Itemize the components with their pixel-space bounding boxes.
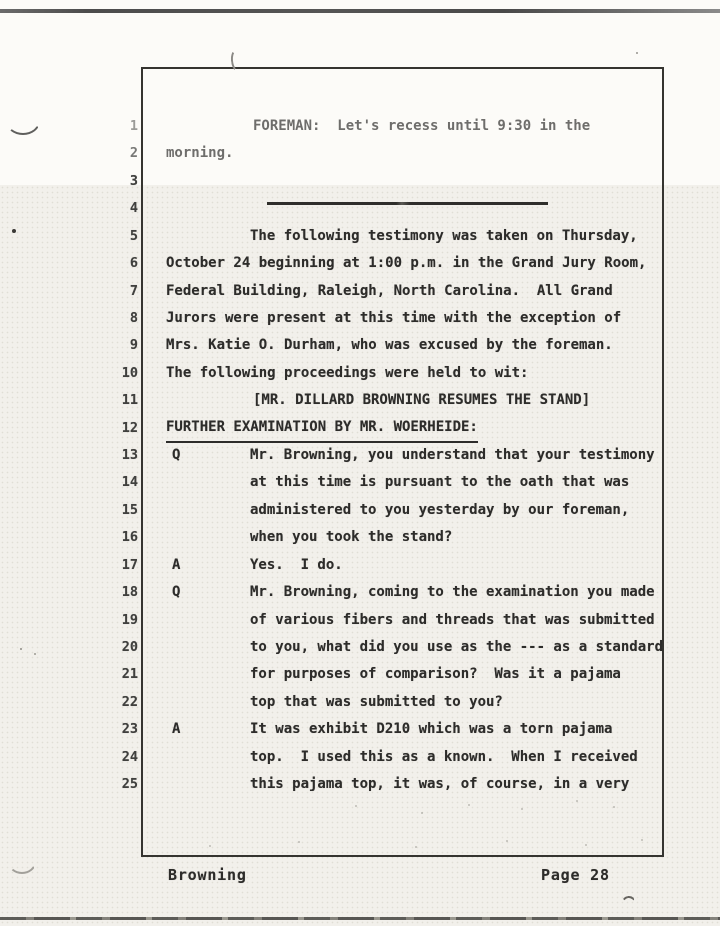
transcript-line: at this time is pursuant to the oath tha…: [250, 469, 629, 496]
transcript-line: top that was submitted to you?: [250, 689, 503, 716]
line-number: 6: [104, 250, 138, 277]
transcript-line: morning.: [166, 140, 233, 167]
line-number: 12: [104, 415, 138, 442]
transcript-line: to you, what did you use as the --- as a…: [250, 634, 663, 661]
transcript-line: It was exhibit D210 which was a torn paj…: [250, 716, 612, 743]
typed-separator-rule: [267, 202, 548, 205]
line-number: 10: [104, 360, 138, 387]
line-number: 5: [104, 223, 138, 250]
line-number: 24: [104, 744, 138, 771]
line-number: 19: [104, 607, 138, 634]
line-number: 3: [104, 168, 138, 195]
speaker-label: A: [172, 552, 180, 579]
line-number: 4: [104, 195, 138, 222]
line-number: 8: [104, 305, 138, 332]
transcript-line: Yes. I do.: [250, 552, 343, 579]
transcript-line: FURTHER EXAMINATION BY MR. WOERHEIDE:: [166, 415, 478, 443]
speaker-label: Q: [172, 579, 180, 606]
footer-page-number: Page 28: [541, 867, 610, 883]
transcript-line: [MR. DILLARD BROWNING RESUMES THE STAND]: [253, 387, 590, 414]
line-number: 7: [104, 278, 138, 305]
line-number: 16: [104, 524, 138, 551]
transcript-line: this pajama top, it was, of course, in a…: [250, 771, 629, 798]
transcript-lines: 1FOREMAN: Let's recess until 9:30 in the…: [0, 0, 720, 926]
line-number: 1: [104, 113, 138, 140]
speaker-label: A: [172, 716, 180, 743]
line-number: 17: [104, 552, 138, 579]
line-number: 11: [104, 387, 138, 414]
transcript-line: administered to you yesterday by our for…: [250, 497, 629, 524]
transcript-line: when you took the stand?: [250, 524, 452, 551]
transcript-line: Federal Building, Raleigh, North Carolin…: [166, 278, 613, 305]
line-number: 25: [104, 771, 138, 798]
line-number: 20: [104, 634, 138, 661]
line-number: 21: [104, 661, 138, 688]
line-number: 23: [104, 716, 138, 743]
line-number: 14: [104, 469, 138, 496]
line-number: 18: [104, 579, 138, 606]
transcript-line: Mrs. Katie O. Durham, who was excused by…: [166, 332, 613, 359]
line-number: 13: [104, 442, 138, 469]
transcript-line: The following proceedings were held to w…: [166, 360, 528, 387]
scanned-transcript-page: 1FOREMAN: Let's recess until 9:30 in the…: [0, 0, 720, 926]
transcript-line: of various fibers and threads that was s…: [250, 607, 655, 634]
transcript-line: Jurors were present at this time with th…: [166, 305, 621, 332]
transcript-line: The following testimony was taken on Thu…: [250, 223, 638, 250]
transcript-line: for purposes of comparison? Was it a paj…: [250, 661, 621, 688]
line-number: 15: [104, 497, 138, 524]
transcript-line: top. I used this as a known. When I rece…: [250, 744, 638, 771]
speaker-label: Q: [172, 442, 180, 469]
transcript-line: FOREMAN: Let's recess until 9:30 in the: [253, 113, 590, 140]
line-number: 9: [104, 332, 138, 359]
footer-witness-name: Browning: [168, 867, 247, 883]
transcript-line: Mr. Browning, coming to the examination …: [250, 579, 655, 606]
line-number: 22: [104, 689, 138, 716]
transcript-line: October 24 beginning at 1:00 p.m. in the…: [166, 250, 646, 277]
line-number: 2: [104, 140, 138, 167]
transcript-line: Mr. Browning, you understand that your t…: [250, 442, 655, 469]
